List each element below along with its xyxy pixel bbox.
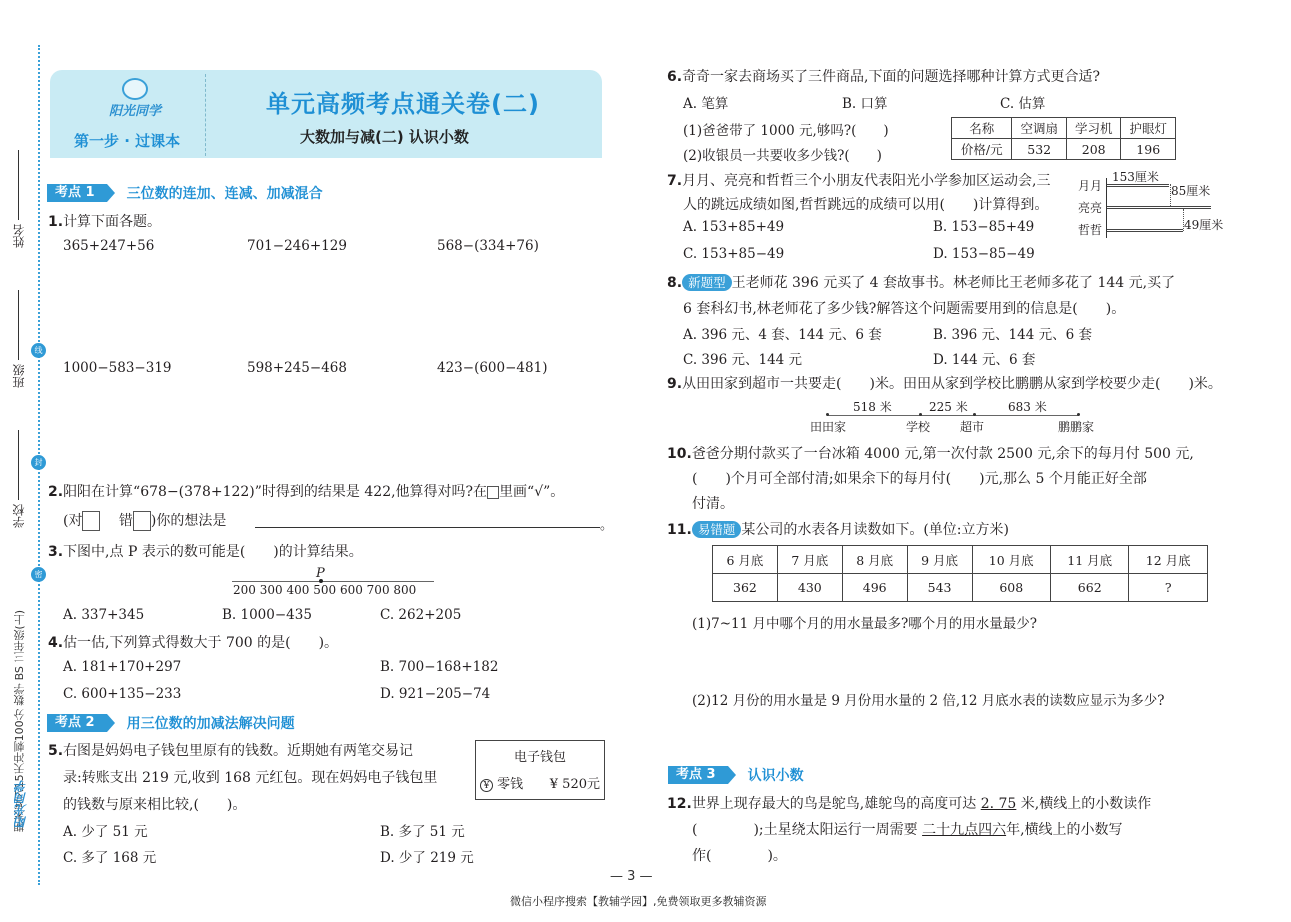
question-text: 人的跳远成绩如图,哲哲跳远的成绩可以用( )计算得到。 xyxy=(683,194,1048,214)
calc-item: 598+245−468 xyxy=(247,360,347,376)
school-label: 学校 xyxy=(12,504,26,528)
wallet-amount: ¥ 520元 xyxy=(550,773,600,792)
bar-zhezhe xyxy=(1107,229,1183,232)
checkbox-example xyxy=(487,486,499,499)
sub-question-2: (2)收银员一共要收多少钱?( ) xyxy=(683,144,882,164)
section-header-2: 考点 2 用三位数的加减法解决问题 xyxy=(47,713,295,733)
question-number: 7. xyxy=(667,173,682,189)
question-6: 6.奇奇一家去商场买了三件商品,下面的问题选择哪种计算方式更合适? xyxy=(667,66,1100,86)
sun-icon xyxy=(122,78,148,100)
name-label: 姓名 xyxy=(12,224,26,248)
question-number: 6. xyxy=(667,69,682,85)
question-text: 年,横线上的小数写 xyxy=(1006,822,1122,838)
option-b: B. 口算 xyxy=(842,92,888,112)
water-meter-table: 6 月底 7 月底 8 月底 9 月底 10 月底 11 月底 12 月底 36… xyxy=(712,545,1208,602)
question-8: 8.新题型王老师花 396 元买了 4 套故事书。林老师比王老师多花了 144 … xyxy=(667,272,1175,292)
option-c: C. 多了 168 元 xyxy=(63,846,156,866)
margin-brand-logo: 阳光同学 xyxy=(12,780,29,828)
table-cell: 196 xyxy=(1121,139,1176,160)
table-header: 名称 xyxy=(952,118,1012,139)
question-text: 6 套科幻书,林老师花了多少钱?解答这个问题需要用到的信息是( )。 xyxy=(683,298,1125,318)
question-number: 9. xyxy=(667,376,682,392)
question-number: 10. xyxy=(667,446,692,462)
sub-question-1: (1)7~11 月中哪个月的用水量最多?哪个月的用水量最少? xyxy=(692,612,1037,632)
question-number: 2. xyxy=(48,484,63,500)
label-85: 85厘米 xyxy=(1171,182,1210,199)
question-text: 右图是妈妈电子钱包里原有的钱数。近期她有两笔交易记 xyxy=(63,743,413,759)
question-text: 米,横线上的小数读作 xyxy=(1016,796,1151,812)
table-header: 护眼灯 xyxy=(1121,118,1176,139)
section-header-1: 考点 1 三位数的连加、连减、加减混合 xyxy=(47,183,323,203)
option-c: C. 153+85−49 xyxy=(683,246,784,262)
table-cell: 价格/元 xyxy=(952,139,1012,160)
option-a: A. 笔算 xyxy=(683,92,728,112)
question-12-line2: ( );土星绕太阳运行一周需要 二十九点四六年,横线上的小数写 xyxy=(692,819,1123,839)
place-tiantian-home: 田田家 xyxy=(810,418,846,435)
correct-label: (对 xyxy=(63,513,82,529)
table-cell: 662 xyxy=(1050,574,1128,602)
question-text: 计算下面各题。 xyxy=(63,214,161,230)
table-cell: 543 xyxy=(907,574,972,602)
option-c: C. 估算 xyxy=(1000,92,1045,112)
table-cell: ? xyxy=(1129,574,1208,602)
calc-item: 1000−583−319 xyxy=(63,360,172,376)
option-a: A. 181+170+297 xyxy=(63,659,181,675)
question-text: 某公司的水表各月读数如下。(单位:立方米) xyxy=(741,522,1009,538)
period: 。 xyxy=(600,514,613,533)
option-c: C. 262+205 xyxy=(380,607,461,623)
wallet-label: 零钱 xyxy=(497,777,523,792)
table-cell: 608 xyxy=(972,574,1050,602)
brand-logo: 阳光同学 xyxy=(100,78,170,118)
section-badge: 考点 2 xyxy=(47,714,107,732)
seal-dot-secret: 密 xyxy=(31,567,46,582)
section-title: 认识小数 xyxy=(748,765,804,785)
question-4: 4.估一估,下列算式得数大于 700 的是( )。 xyxy=(48,632,338,652)
seal-dot-seal: 封 xyxy=(31,455,46,470)
section-badge: 考点 3 xyxy=(668,766,728,784)
question-text: 下图中,点 P 表示的数可能是( )的计算结果。 xyxy=(63,544,363,560)
table-cell: 430 xyxy=(777,574,842,602)
school-field[interactable]: 学校 xyxy=(10,430,27,528)
option-a: A. 153+85+49 xyxy=(683,219,784,235)
yuan-coin-icon: ¥ xyxy=(480,779,493,792)
table-header: 11 月底 xyxy=(1050,546,1128,574)
question-text: 世界上现存最大的鸟是鸵鸟,雄鸵鸟的高度可达 xyxy=(692,796,981,812)
option-b: B. 153−85+49 xyxy=(933,219,1034,235)
question-text-end: 里画“√”。 xyxy=(499,484,564,500)
table-cell: 532 xyxy=(1012,139,1067,160)
question-number: 8. xyxy=(667,275,682,291)
question-2-answer: (对 错)你的想法是 xyxy=(63,510,226,531)
question-text: 的钱数与原来相比较,( )。 xyxy=(63,794,246,814)
section-title: 用三位数的加减法解决问题 xyxy=(127,713,295,733)
option-d: D. 921−205−74 xyxy=(380,686,490,702)
question-2: 2.阳阳在计算“678−(378+122)”时得到的结果是 422,他算得对吗?… xyxy=(48,481,564,501)
question-1: 1.计算下面各题。 xyxy=(48,211,161,231)
question-number: 4. xyxy=(48,635,63,651)
question-text: 王老师花 396 元买了 4 套故事书。林老师比王老师多花了 144 元,买了 xyxy=(732,275,1176,291)
place-pengpeng-home: 鹏鹏家 xyxy=(1058,418,1094,435)
table-cell: 362 xyxy=(713,574,778,602)
name-yueyue: 月月 xyxy=(1078,177,1102,194)
question-text: 付清。 xyxy=(692,493,734,513)
distance-225: 225 米 xyxy=(929,398,968,415)
page-title: 单元高频考点通关卷(二) xyxy=(266,84,540,119)
name-field[interactable]: 姓名 xyxy=(10,150,27,248)
step-label: 第一步 · 过课本 xyxy=(74,130,180,151)
banner-wave xyxy=(50,150,602,162)
distance-683: 683 米 xyxy=(1008,398,1047,415)
option-b: B. 1000−435 xyxy=(222,607,312,623)
table-header: 空调扇 xyxy=(1012,118,1067,139)
question-text: 阳阳在计算“678−(378+122)”时得到的结果是 422,他算得对吗?在 xyxy=(63,484,487,500)
question-text: ( )个月可全部付清;如果余下的每月付( )元,那么 5 个月能正好全部 xyxy=(692,468,1147,488)
option-b: B. 700−168+182 xyxy=(380,659,498,675)
question-text: 从田田家到超市一共要走( )米。田田从家到学校比鹏鹏从家到学校要少走( )米。 xyxy=(682,376,1222,392)
wallet-card: 电子钱包 ¥ 零钱 ¥ 520元 xyxy=(475,740,605,800)
table-header: 12 月底 xyxy=(1129,546,1208,574)
table-cell: 496 xyxy=(842,574,907,602)
table-header: 7 月底 xyxy=(777,546,842,574)
number-line-ticks: 200 300 400 500 600 700 800 xyxy=(233,583,416,597)
class-field[interactable]: 班级 xyxy=(10,290,27,388)
question-text: 估一估,下列算式得数大于 700 的是( )。 xyxy=(63,635,338,651)
question-number: 5. xyxy=(48,743,63,759)
question-12: 12.世界上现存最大的鸟是鸵鸟,雄鸵鸟的高度可达 2. 75 米,横线上的小数读… xyxy=(667,793,1151,813)
correct-checkbox[interactable] xyxy=(82,511,100,531)
option-a: A. 337+345 xyxy=(63,607,144,623)
question-text: 作( )。 xyxy=(692,845,787,865)
section-title: 三位数的连加、连减、加减混合 xyxy=(127,183,323,203)
question-number: 11. xyxy=(667,522,692,538)
table-header: 6 月底 xyxy=(713,546,778,574)
table-header: 10 月底 xyxy=(972,546,1050,574)
option-a: A. 396 元、4 套、144 元、6 套 xyxy=(683,323,882,343)
class-label: 班级 xyxy=(12,364,26,388)
table-header: 8 月底 xyxy=(842,546,907,574)
new-type-tag: 新题型 xyxy=(682,274,732,291)
calc-item: 423−(600−481) xyxy=(437,360,547,376)
price-table: 名称 空调扇 学习机 护眼灯 价格/元 532 208 196 xyxy=(951,117,1176,160)
section-header-3: 考点 3 认识小数 xyxy=(668,765,804,785)
option-a: A. 少了 51 元 xyxy=(63,820,148,840)
question-text: 月月、亮亮和哲哲三个小朋友代表阳光小学参加区运动会,三 xyxy=(682,173,1050,189)
option-d: D. 少了 219 元 xyxy=(380,846,474,866)
brand-name: 阳光同学 xyxy=(100,100,170,119)
calc-item: 701−246+129 xyxy=(247,238,347,254)
distance-518: 518 米 xyxy=(853,398,892,415)
question-text: 奇奇一家去商场买了三件商品,下面的问题选择哪种计算方式更合适? xyxy=(682,69,1100,85)
question-text: 录:转账支出 219 元,收到 168 元红包。现在妈妈电子钱包里 xyxy=(63,767,437,787)
question-number: 3. xyxy=(48,544,63,560)
name-zhezhe: 哲哲 xyxy=(1078,221,1102,238)
seal-dot-line: 线 xyxy=(31,343,46,358)
table-cell: 208 xyxy=(1066,139,1121,160)
page-subtitle: 大数加与减(二) 认识小数 xyxy=(300,126,469,147)
sub-question-2: (2)12 月份的用水量是 9 月份用水量的 2 倍,12 月底水表的读数应显示… xyxy=(692,689,1164,709)
question-5: 5.右图是妈妈电子钱包里原有的钱数。近期她有两笔交易记 xyxy=(48,740,413,760)
option-b: B. 396 元、144 元、6 套 xyxy=(933,323,1092,343)
question-text: 爸爸分期付款买了一台冰箱 4000 元,第一次付款 2500 元,余下的每月付 … xyxy=(692,446,1194,462)
reason-label: )你的想法是 xyxy=(151,513,226,529)
underlined-decimal-words: 二十九点四六 xyxy=(922,822,1006,838)
place-supermarket: 超市 xyxy=(960,418,984,435)
wrong-checkbox[interactable] xyxy=(133,511,151,531)
question-number: 12. xyxy=(667,796,692,812)
label-49: 49厘米 xyxy=(1184,216,1223,233)
option-c: C. 396 元、144 元 xyxy=(683,348,802,368)
calc-item: 365+247+56 xyxy=(63,238,154,254)
bar-liangliang xyxy=(1107,206,1211,209)
table-header: 学习机 xyxy=(1066,118,1121,139)
question-11: 11.易错题某公司的水表各月读数如下。(单位:立方米) xyxy=(667,519,1009,539)
question-7: 7.月月、亮亮和哲哲三个小朋友代表阳光小学参加区运动会,三 xyxy=(667,170,1051,190)
question-number: 1. xyxy=(48,214,63,230)
name-liangliang: 亮亮 xyxy=(1078,199,1102,216)
reason-answer-line[interactable] xyxy=(255,527,600,528)
calc-item: 568−(334+76) xyxy=(437,238,539,254)
error-prone-tag: 易错题 xyxy=(692,521,742,538)
table-header: 9 月底 xyxy=(907,546,972,574)
page-number: — 3 — xyxy=(610,869,653,884)
question-3: 3.下图中,点 P 表示的数可能是( )的计算结果。 xyxy=(48,541,363,561)
wrong-label: 错 xyxy=(119,513,133,529)
option-b: B. 多了 51 元 xyxy=(380,820,465,840)
sub-question-1: (1)爸爸带了 1000 元,够吗?( ) xyxy=(683,119,889,139)
option-d: D. 153−85−49 xyxy=(933,246,1035,262)
label-153: 153厘米 xyxy=(1112,168,1159,185)
question-9: 9.从田田家到超市一共要走( )米。田田从家到学校比鹏鹏从家到学校要少走( )米… xyxy=(667,373,1222,393)
option-c: C. 600+135−233 xyxy=(63,686,181,702)
underlined-decimal: 2. 75 xyxy=(981,796,1017,812)
banner-divider xyxy=(205,74,206,156)
place-school: 学校 xyxy=(906,418,930,435)
question-10: 10.爸爸分期付款买了一台冰箱 4000 元,第一次付款 2500 元,余下的每… xyxy=(667,443,1194,463)
option-d: D. 144 元、6 套 xyxy=(933,348,1035,368)
wallet-title: 电子钱包 xyxy=(476,746,604,765)
footer-note: 微信小程序搜索【教辅学园】,免费领取更多教辅资源 xyxy=(510,893,767,909)
section-badge: 考点 1 xyxy=(47,184,107,202)
question-text: ( );土星绕太阳运行一周需要 xyxy=(692,822,922,838)
